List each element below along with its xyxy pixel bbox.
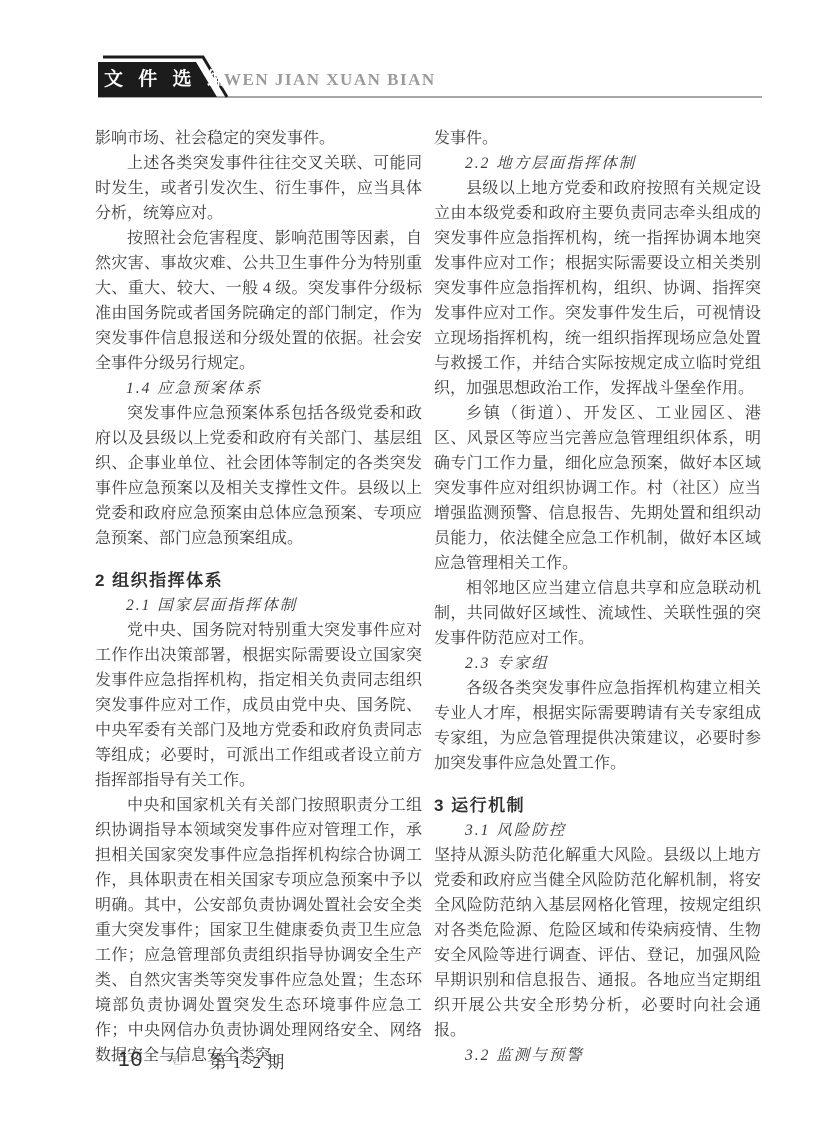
article-body: 影响市场、社会稳定的突发事件。上述各类突发事件往往交叉关联、可能同时发生，或者引… [95, 126, 761, 1068]
subsection-heading: 2.3 专家组 [434, 651, 761, 676]
subsection-heading: 1.4 应急预案体系 [95, 376, 422, 401]
publication-title: 文 件 选 编 [104, 66, 196, 94]
page-footer: 10 ☜ 第 1~2 期 [118, 1046, 285, 1074]
paragraph: 突发事件应急预案体系包括各级党委和政府以及县级以上党委和政府有关部门、基层组织、… [95, 401, 422, 551]
subsection-heading: 2.1 国家层面指挥体制 [95, 593, 422, 618]
page-header: 文 件 选 编 WEN JIAN XUAN BIAN [0, 0, 839, 110]
paragraph: 相邻地区应当建立信息共享和应急联动机制，共同做好区域性、流域性、关联性强的突发事… [434, 576, 761, 651]
paragraph: 乡镇（街道）、开发区、工业园区、港区、风景区等应当完善应急管理组织体系，明确专门… [434, 401, 761, 576]
paragraph: 发事件。 [434, 126, 761, 151]
section-heading: 3 运行机制 [434, 793, 761, 818]
paragraph: 影响市场、社会稳定的突发事件。 [95, 126, 422, 151]
subsection-heading: 3.2 监测与预警 [434, 1043, 761, 1068]
publication-title-pinyin: WEN JIAN XUAN BIAN [224, 70, 436, 90]
paragraph: 坚持从源头防范化解重大风险。县级以上地方党委和政府应当健全风险防范化解机制，将安… [434, 843, 761, 1043]
paragraph: 中央和国家机关有关部门按照职责分工组织协调指导本领域突发事件应对管理工作，承担相… [95, 793, 422, 1068]
column-left: 影响市场、社会稳定的突发事件。上述各类突发事件往往交叉关联、可能同时发生，或者引… [95, 126, 422, 1068]
paragraph: 各级各类突发事件应急指挥机构建立相关专业人才库，根据实际需要聘请有关专家组成专家… [434, 676, 761, 776]
issue-label: 第 1~2 期 [210, 1048, 286, 1073]
section-heading: 2 组织指挥体系 [95, 568, 422, 593]
paragraph: 上述各类突发事件往往交叉关联、可能同时发生，或者引发次生、衍生事件，应当具体分析… [95, 151, 422, 226]
paragraph: 党中央、国务院对特别重大突发事件应对工作作出决策部署，根据实际需要设立国家突发事… [95, 618, 422, 793]
paragraph: 县级以上地方党委和政府按照有关规定设立由本级党委和政府主要负责同志牵头组成的突发… [434, 176, 761, 401]
document-page: 文 件 选 编 WEN JIAN XUAN BIAN 影响市场、社会稳定的突发事… [0, 0, 839, 1146]
subsection-heading: 3.1 风险防控 [434, 818, 761, 843]
page-number: 10 [118, 1048, 143, 1072]
paragraph: 按照社会危害程度、影响范围等因素，自然灾害、事故灾难、公共卫生事件分为特别重大、… [95, 226, 422, 376]
subsection-heading: 2.2 地方层面指挥体制 [434, 151, 761, 176]
pointing-hand-icon: ☜ [167, 1050, 183, 1071]
column-right: 发事件。2.2 地方层面指挥体制县级以上地方党委和政府按照有关规定设立由本级党委… [434, 126, 761, 1068]
